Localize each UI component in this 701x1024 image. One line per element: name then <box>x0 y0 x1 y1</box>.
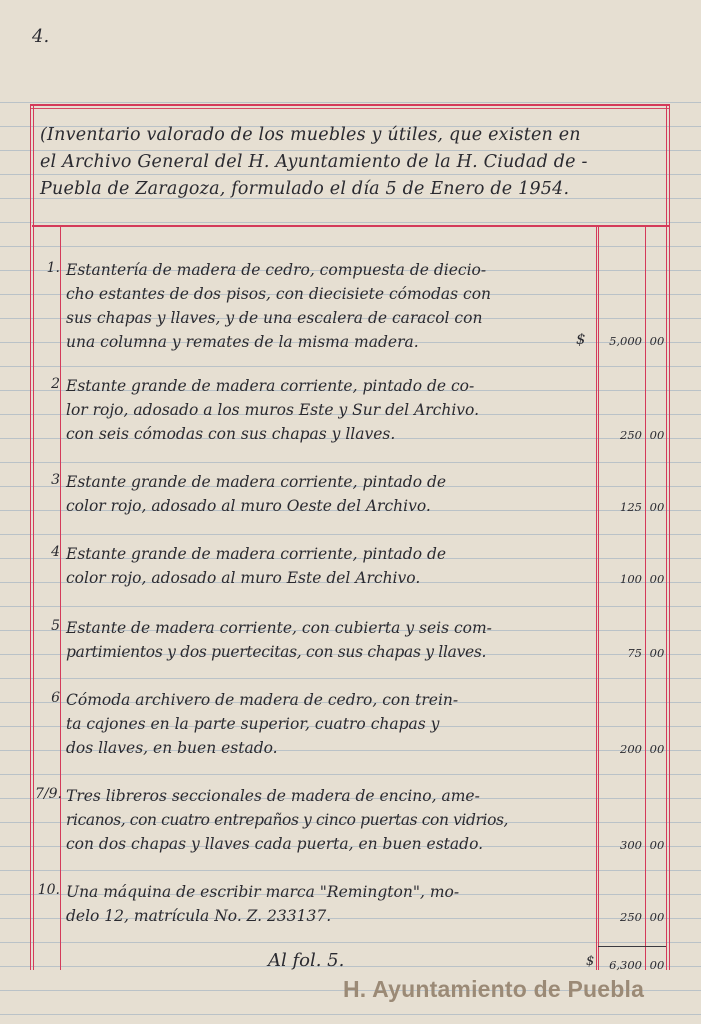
item-cents: 00 <box>647 572 667 586</box>
item-number: 10. <box>28 882 60 898</box>
right-margin-line-b <box>669 104 670 970</box>
total-currency-symbol: $ <box>586 954 594 969</box>
item-number: 2 <box>28 376 60 392</box>
item-cents: 00 <box>647 334 667 348</box>
item-amount: 125 <box>600 500 642 514</box>
heading-line: el Archivo General del H. Ayuntamiento d… <box>40 149 665 176</box>
item-amount: 250 <box>600 910 642 924</box>
number-column-line <box>60 227 61 970</box>
heading-line: (Inventario valorado de los muebles y út… <box>40 122 665 149</box>
item-description: Estante grande de madera corriente, pint… <box>66 470 596 518</box>
left-margin-line-inner <box>33 104 34 970</box>
watermark: H. Ayuntamiento de Puebla <box>343 976 644 1003</box>
item-cents: 00 <box>647 646 667 660</box>
item-description: Estantería de madera de cedro, compuesta… <box>66 258 596 354</box>
item-description: Estante grande de madera corriente, pint… <box>66 542 596 590</box>
left-margin-line-outer <box>30 104 31 970</box>
heading-box-top-border-inner <box>30 108 670 109</box>
heading-line: Puebla de Zaragoza, formulado el día 5 d… <box>40 176 665 203</box>
amount-column-line-left-b <box>598 227 599 970</box>
total-underline <box>598 946 666 947</box>
total-cents: 00 <box>647 958 667 972</box>
item-description: Tres libreros seccionales de madera de e… <box>66 784 596 856</box>
item-description: Cómoda archivero de madera de cedro, con… <box>66 688 596 760</box>
currency-symbol: $ <box>576 330 586 348</box>
item-amount: 250 <box>600 428 642 442</box>
item-number: 6 <box>28 690 60 706</box>
item-number: 4 <box>28 544 60 560</box>
item-description: Una máquina de escribir marca "Remington… <box>66 880 596 928</box>
item-cents: 00 <box>647 910 667 924</box>
paper-top-margin <box>0 0 701 100</box>
item-amount: 5,000 <box>600 334 642 348</box>
total-amount: 6,300 <box>600 958 642 972</box>
item-description: Estante de madera corriente, con cubiert… <box>66 616 596 664</box>
inventory-heading: (Inventario valorado de los muebles y út… <box>40 122 665 203</box>
item-number: 5 <box>28 618 60 634</box>
item-cents: 00 <box>647 742 667 756</box>
item-amount: 75 <box>600 646 642 660</box>
item-cents: 00 <box>647 838 667 852</box>
item-amount: 200 <box>600 742 642 756</box>
amount-column-line-left-a <box>596 227 597 970</box>
heading-box-top-border <box>30 104 670 106</box>
heading-box-bottom-border <box>32 225 670 227</box>
item-number: 1. <box>28 260 60 276</box>
item-number: 3 <box>28 472 60 488</box>
item-cents: 00 <box>647 500 667 514</box>
cents-column-line <box>645 227 646 970</box>
carry-forward-note: Al fol. 5. <box>268 950 344 971</box>
item-description: Estante grande de madera corriente, pint… <box>66 374 596 446</box>
item-number: 7/9. <box>22 786 62 802</box>
item-amount: 300 <box>600 838 642 852</box>
page-number: 4. <box>32 26 49 47</box>
item-cents: 00 <box>647 428 667 442</box>
item-amount: 100 <box>600 572 642 586</box>
